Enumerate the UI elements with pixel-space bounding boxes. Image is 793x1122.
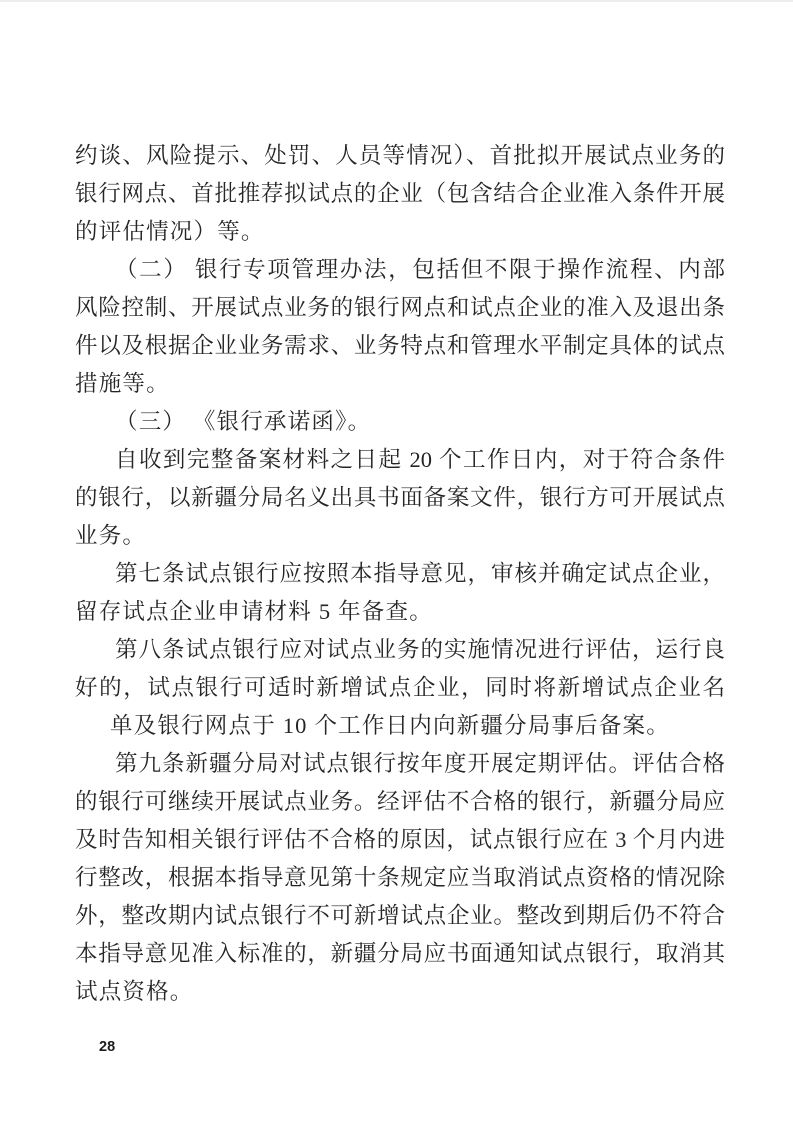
text-line: 业务。 [75,517,725,555]
text-line: 好的，试点银行可适时新增试点企业，同时将新增试点企业名 [75,669,725,707]
document-page: 约谈、风险提示、处罚、人员等情况）、首批拟开展试点业务的 银行网点、首批推荐拟试… [0,0,793,1122]
text-line: （二） 银行专项管理办法，包括但不限于操作流程、内部 [75,251,725,289]
text-line: 单及银行网点于 10 个工作日内向新疆分局事后备案。 [75,707,725,745]
text-line: 第八条试点银行应对试点业务的实施情况进行评估，运行良 [75,631,725,669]
text-line: 约谈、风险提示、处罚、人员等情况）、首批拟开展试点业务的 [75,137,725,175]
page-number: 28 [99,1038,115,1056]
text-line: 的银行，以新疆分局名义出具书面备案文件，银行方可开展试点 [75,479,725,517]
text-line: 自收到完整备案材料之日起 20 个工作日内，对于符合条件 [75,441,725,479]
text-line: 的评估情况）等。 [75,213,725,251]
text-line: 第九条新疆分局对试点银行按年度开展定期评估。评估合格 [75,745,725,783]
text-line: 留存试点企业申请材料 5 年备查。 [75,593,725,631]
text-line: （三） 《银行承诺函》。 [75,403,725,441]
text-line: 件以及根据企业业务需求、业务特点和管理水平制定具体的试点 [75,327,725,365]
text-line: 的银行可继续开展试点业务。经评估不合格的银行，新疆分局应 [75,783,725,821]
text-line: 本指导意见准入标准的，新疆分局应书面通知试点银行，取消其 [75,935,725,973]
text-line: 第七条试点银行应按照本指导意见，审核并确定试点企业， [75,555,725,593]
text-line: 行整改，根据本指导意见第十条规定应当取消试点资格的情况除 [75,859,725,897]
text-line: 外，整改期内试点银行不可新增试点企业。整改到期后仍不符合 [75,897,725,935]
text-line: 风险控制、开展试点业务的银行网点和试点企业的准入及退出条 [75,289,725,327]
text-line: 银行网点、首批推荐拟试点的企业（包含结合企业准入条件开展 [75,175,725,213]
text-line: 措施等。 [75,365,725,403]
body-text: 约谈、风险提示、处罚、人员等情况）、首批拟开展试点业务的 银行网点、首批推荐拟试… [75,137,725,1011]
text-line: 试点资格。 [75,973,725,1011]
text-line: 及时告知相关银行评估不合格的原因，试点银行应在 3 个月内进 [75,821,725,859]
